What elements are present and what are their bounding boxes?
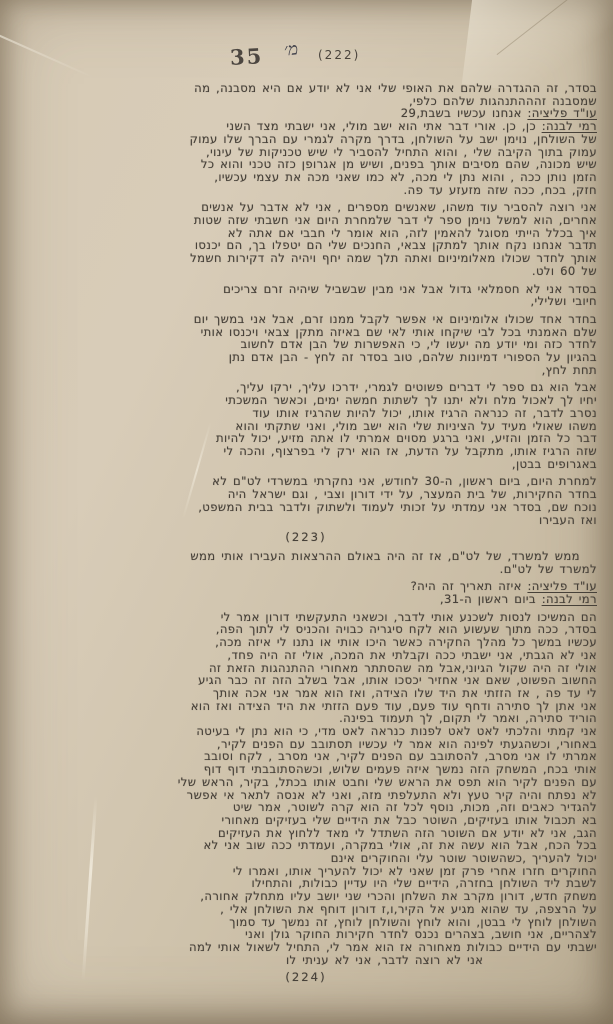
section-222: בסדר, זה ההגדרה שלהם את האופי שלי אני לא… [15,82,597,526]
text-line: על הרצפה, עד שהוא מגיע אל הקיר,ו,ז דורון… [15,903,597,916]
text-line: בסדר, זה ההגדרה שלהם את האופי שלי אני לא… [15,82,597,95]
text-segment: כן, כן. אורי דבר אתי הוא ישב מולי, אני י… [226,119,541,133]
paragraph: עו"ד פליציה: איזה תאריך זה היה?רמי לבנה:… [15,580,597,605]
text-line: בא תכבול אותו בעזיקים, השוטר כבל את הידי… [15,814,597,827]
text-line: של השולחן, נוימן ישב על השולחן, בדרך מקר… [15,133,597,146]
text-segment: ביום ראשון ה-31, [440,592,542,606]
handwritten-mark: מ׳ [283,39,299,60]
text-line: נסרב לדבר, זה כנראה הרגיז אותו, יכול להי… [15,407,597,420]
text-line: יכול להעריך ,כשהשוטר שוטר עלי והחוקרים א… [15,852,597,865]
paragraph: בסדר, זה ההגדרה שלהם את האופי שלי אני לא… [15,82,597,196]
text-line: ואז העבירו [15,514,597,527]
text-line: באגרופים בבטן, [15,458,597,471]
paragraph: אבל הוא גם ספר לי דברים פשוטים לגמרי, יד… [15,381,597,470]
text-line: הזמן נותן ככה , והוא נתן לי מכה, לא כמו … [15,171,597,184]
paragraph: אני רוצה להסביר עוד משהו, שאנשים מספרים … [15,201,597,277]
document-body: בסדר, זה ההגדרה שלהם את האופי שלי אני לא… [15,82,597,990]
text-line: בחדר החקירות, של בית המעצר, על ידי דורון… [15,488,597,501]
text-line: אני לא הגבתי, אני ישבתי ככה וקבלתי את המ… [15,649,597,662]
scanned-document-page: 35 מ׳ (222) בסדר, זה ההגדרה שלהם את האופ… [0,0,613,1024]
text-line: בחדר אחד שכולו אלומיניום אי אפשר לקבל ממ… [15,313,597,326]
page-number: (223) [15,531,597,544]
text-line: אני קמתי והלכתי לאט לאט לפנות כנראה לאט … [15,725,597,738]
text-line: בסדר אני לא חסמלאי גדול אבל אני מבין שבש… [15,283,597,296]
page-header: 35 מ׳ (222) [0,42,613,76]
paragraph: הם המשיכו לנסות לשכנע אותי לדבר, וכשאני … [15,611,597,967]
text-line: אני לא רוצה לדבר, אני לא עניתי לו [15,954,597,967]
text-line: בהגיון על הספורי דמיונות שלהם, טוב בסדר … [15,351,597,364]
text-line: תחת לחץ, [15,364,597,377]
text-line: משחק חדש, דורון מקרב את השלחן והכרי שני … [15,890,597,903]
typed-page-number: (222) [318,48,360,62]
paragraph: למחרת היום, ביום ראשון, ה-30 לחודש, אני … [15,475,597,526]
paragraph: בסדר אני לא חסמלאי גדול אבל אני מבין שבש… [15,283,597,308]
text-line: אחרים, הוא למשל נוימן ספר לי דבר שלמחרת … [15,214,597,227]
text-line: לי עד פה , אז הזזתי את היד שלו הצידה, וא… [15,687,597,700]
text-line: שזה הרגיז אותו, מתקבל על הדעת, אז הוא יר… [15,445,597,458]
text-line: חיובי ושלילי, [15,295,597,308]
text-line: יחיו לך לאכול מלח ולא יתנו לך לשתות חמשה… [15,394,597,407]
text-line: חזק, בכח, ככה שזה מזעזע עד פה. [15,184,597,197]
text-line: אותך לחדר שכולו מאלומיניום ואתה תלך שמה … [15,252,597,265]
text-line: עם הפנים לקיר הוא תפס את הראש שלי וחבט א… [15,776,597,789]
speaker-name: רמי לבנה: [542,592,597,606]
text-line: ישבתי עם הידיים כבולות מאחורה אז הוא אמר… [15,941,597,954]
text-line: רמי לבנה: כן, כן. אורי דבר אתי הוא ישב מ… [15,120,597,133]
text-line: ממש למשרד, של לט"ם, אז זה היה באולם ההרצ… [15,550,597,563]
text-line: רמי לבנה: ביום ראשון ה-31, [15,593,597,606]
handwritten-page-number: 35 [229,43,263,70]
speaker-name: רמי לבנה: [542,119,597,133]
text-line: עכשיו במשך כל מהלך החקירה כאשר היכו אותי… [15,636,597,649]
text-line: של 60 ולט. [15,265,597,278]
section-223: ממש למשרד, של לט"ם, אז זה היה באולם ההרצ… [15,550,597,967]
paragraph: ממש למשרד, של לט"ם, אז זה היה באולם ההרצ… [15,550,597,575]
page-number: (224) [15,971,597,984]
text-line: אותי בכח, המשחק הזה נמשך איזה פעמים שלוש… [15,763,597,776]
text-line: למשרד של לט"ם. [15,563,597,576]
paragraph: בחדר אחד שכולו אלומיניום אי אפשר לקבל ממ… [15,313,597,377]
text-line: נוכח שם, בסדר אני עמדתי על זכותי לעמוד ו… [15,501,597,514]
